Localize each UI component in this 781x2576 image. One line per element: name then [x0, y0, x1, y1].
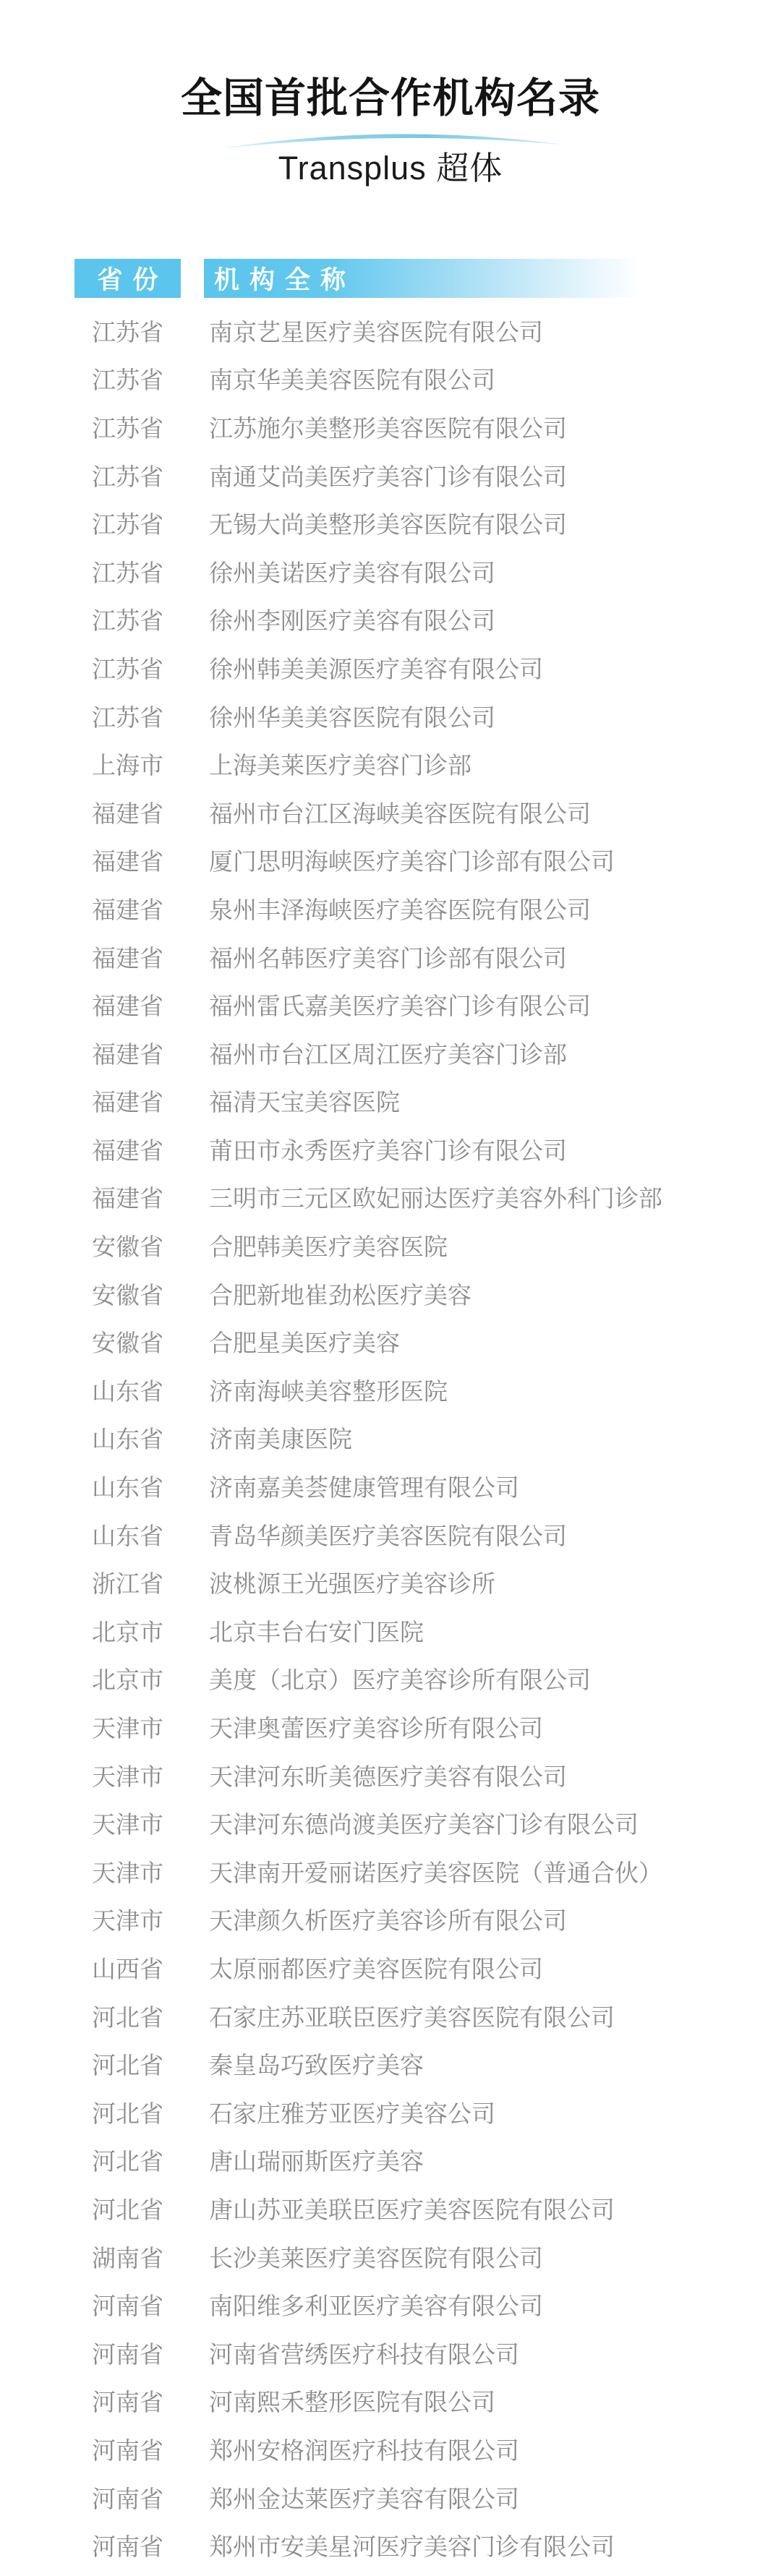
table-row: 北京市 美度（北京）医疗美容诊所有限公司 [0, 1655, 781, 1703]
institution-cell: 美度（北京）医疗美容诊所有限公司 [209, 1661, 781, 1695]
province-cell: 天津市 [74, 1854, 181, 1888]
institution-cell: 郑州市安美星河医疗美容门诊有限公司 [209, 2528, 781, 2562]
institution-cell: 郑州金达莱医疗美容有限公司 [209, 2481, 781, 2515]
province-cell: 福建省 [74, 843, 181, 877]
province-cell: 山东省 [74, 1469, 181, 1503]
table-row: 江苏省 南通艾尚美医疗美容门诊有限公司 [0, 451, 781, 500]
province-cell: 福建省 [74, 1084, 181, 1118]
province-cell: 河北省 [74, 2191, 181, 2225]
province-cell: 江苏省 [74, 314, 181, 348]
institution-cell: 无锡大尚美整形美容医院有限公司 [209, 506, 781, 540]
province-cell: 山西省 [74, 1951, 181, 1985]
province-cell: 北京市 [74, 1661, 181, 1695]
institution-cell: 济南美康医院 [209, 1421, 781, 1455]
province-cell: 江苏省 [74, 602, 181, 636]
institution-cell: 合肥星美医疗美容 [209, 1325, 781, 1358]
province-cell: 天津市 [74, 1710, 181, 1744]
table-row: 河北省 石家庄雅芳亚医疗美容公司 [0, 2088, 781, 2136]
institution-cell: 南京华美美容医院有限公司 [209, 361, 781, 395]
province-cell: 河南省 [74, 2528, 181, 2562]
province-cell: 天津市 [74, 1806, 181, 1840]
institution-cell: 郑州安格润医疗科技有限公司 [209, 2432, 781, 2466]
table-row: 河北省 石家庄苏亚联臣医疗美容医院有限公司 [0, 1992, 781, 2040]
table-row: 河北省 唐山瑞丽斯医疗美容 [0, 2136, 781, 2185]
province-cell: 浙江省 [74, 1565, 181, 1599]
province-cell: 江苏省 [74, 506, 181, 540]
province-cell: 江苏省 [74, 651, 181, 685]
province-cell: 河南省 [74, 2336, 181, 2370]
table-row: 福建省 厦门思明海峡医疗美容门诊部有限公司 [0, 836, 781, 885]
institution-cell: 合肥韩美医疗美容医院 [209, 1228, 781, 1262]
province-cell: 河北省 [74, 2095, 181, 2129]
table-row: 浙江省 波桃源王光强医疗美容诊所 [0, 1558, 781, 1606]
brand-name: Transplus 超体 [278, 150, 503, 187]
institution-cell: 徐州李刚医疗美容有限公司 [209, 602, 781, 636]
province-cell: 江苏省 [74, 361, 181, 395]
table-row: 福建省 泉州丰泽海峡医疗美容医院有限公司 [0, 884, 781, 933]
table-row: 山东省 济南嘉美荟健康管理有限公司 [0, 1462, 781, 1510]
table-row: 天津市 天津河东昕美德医疗美容有限公司 [0, 1751, 781, 1800]
table-row: 河南省 郑州金达莱医疗美容有限公司 [0, 2473, 781, 2522]
institution-cell: 徐州美诺医疗美容有限公司 [209, 555, 781, 589]
institution-cell: 泉州丰泽海峡医疗美容医院有限公司 [209, 891, 781, 925]
province-cell: 福建省 [74, 1036, 181, 1070]
institution-cell: 合肥新地崔劲松医疗美容 [209, 1277, 781, 1311]
table-row: 安徽省 合肥星美医疗美容 [0, 1317, 781, 1366]
institution-cell: 莆田市永秀医疗美容门诊有限公司 [209, 1132, 781, 1166]
institution-cell: 福州市台江区海峡美容医院有限公司 [209, 795, 781, 829]
province-cell: 上海市 [74, 747, 181, 781]
province-cell: 河北省 [74, 2047, 181, 2081]
table-row: 河北省 秦皇岛巧致医疗美容 [0, 2040, 781, 2088]
institution-cell: 济南海峡美容整形医院 [209, 1373, 781, 1407]
table-row: 江苏省 无锡大尚美整形美容医院有限公司 [0, 499, 781, 547]
institution-cell: 太原丽都医疗美容医院有限公司 [209, 1951, 781, 1985]
institution-cell: 唐山苏亚美联臣医疗美容医院有限公司 [209, 2191, 781, 2225]
table-row: 河南省 河南省营绣医疗科技有限公司 [0, 2329, 781, 2377]
institution-cell: 上海美莱医疗美容门诊部 [209, 747, 781, 781]
institution-cell: 石家庄雅芳亚医疗美容公司 [209, 2095, 781, 2129]
institution-cell: 天津河东昕美德医疗美容有限公司 [209, 1758, 781, 1792]
institution-cell: 福清天宝美容医院 [209, 1084, 781, 1118]
table-row: 福建省 福州市台江区海峡美容医院有限公司 [0, 788, 781, 836]
institution-cell: 天津奥蕾医疗美容诊所有限公司 [209, 1710, 781, 1744]
table-row: 福建省 福州名韩医疗美容门诊部有限公司 [0, 933, 781, 981]
table-row: 北京市 北京丰台右安门医院 [0, 1606, 781, 1655]
swoosh-arc-icon [217, 120, 564, 152]
table-header: 省份 机构全称 [0, 259, 781, 298]
province-cell: 福建省 [74, 795, 181, 829]
table-row: 山东省 济南海峡美容整形医院 [0, 1366, 781, 1414]
institution-cell: 北京丰台右安门医院 [209, 1614, 781, 1648]
institution-cell: 厦门思明海峡医疗美容门诊部有限公司 [209, 843, 781, 877]
province-cell: 山东省 [74, 1518, 181, 1552]
table-row: 天津市 天津南开爱丽诺医疗美容医院（普通合伙） [0, 1847, 781, 1896]
institution-cell: 河南省营绣医疗科技有限公司 [209, 2336, 781, 2370]
province-cell: 湖南省 [74, 2240, 181, 2274]
institution-cell: 长沙美莱医疗美容医院有限公司 [209, 2240, 781, 2274]
province-cell: 安徽省 [74, 1325, 181, 1358]
province-cell: 天津市 [74, 1758, 181, 1792]
brand-logo: Transplus 超体 [0, 120, 781, 187]
table-row: 福建省 福州雷氏嘉美医疗美容门诊有限公司 [0, 980, 781, 1029]
institution-cell: 济南嘉美荟健康管理有限公司 [209, 1469, 781, 1503]
province-cell: 河南省 [74, 2384, 181, 2418]
table-row: 山西省 太原丽都医疗美容医院有限公司 [0, 1943, 781, 1992]
table-row: 上海市 上海美莱医疗美容门诊部 [0, 740, 781, 788]
table-row: 河南省 河南熙禾整形医院有限公司 [0, 2377, 781, 2426]
province-cell: 河南省 [74, 2288, 181, 2322]
directory-page: 全国首批合作机构名录 Transplus 超体 省份 机构全称 江苏省 南京艺星… [0, 0, 781, 2576]
province-cell: 江苏省 [74, 458, 181, 492]
table-row: 天津市 天津颜久析医疗美容诊所有限公司 [0, 1896, 781, 1944]
institution-cell: 南阳维多利亚医疗美容有限公司 [209, 2288, 781, 2322]
page-title: 全国首批合作机构名录 [0, 72, 781, 124]
column-header-institution: 机构全称 [204, 259, 658, 298]
table-row: 湖南省 长沙美莱医疗美容医院有限公司 [0, 2233, 781, 2281]
institution-cell: 天津颜久析医疗美容诊所有限公司 [209, 1902, 781, 1936]
institution-cell: 天津南开爱丽诺医疗美容医院（普通合伙） [209, 1854, 781, 1888]
table-row: 江苏省 徐州韩美美源医疗美容有限公司 [0, 643, 781, 692]
province-cell: 安徽省 [74, 1277, 181, 1311]
institution-cell: 青岛华颜美医疗美容医院有限公司 [209, 1518, 781, 1552]
table-row: 河南省 郑州安格润医疗科技有限公司 [0, 2425, 781, 2473]
province-cell: 安徽省 [74, 1228, 181, 1262]
institution-cell: 江苏施尔美整形美容医院有限公司 [209, 410, 781, 444]
institution-cell: 南通艾尚美医疗美容门诊有限公司 [209, 458, 781, 492]
table-row: 江苏省 徐州华美美容医院有限公司 [0, 692, 781, 740]
table-row: 江苏省 江苏施尔美整形美容医院有限公司 [0, 403, 781, 451]
institution-cell: 福州雷氏嘉美医疗美容门诊有限公司 [209, 988, 781, 1022]
province-cell: 福建省 [74, 988, 181, 1022]
province-cell: 山东省 [74, 1421, 181, 1455]
table-row: 福建省 福清天宝美容医院 [0, 1077, 781, 1126]
province-cell: 江苏省 [74, 555, 181, 589]
province-cell: 山东省 [74, 1373, 181, 1407]
table-row: 安徽省 合肥韩美医疗美容医院 [0, 1221, 781, 1270]
table-row: 天津市 天津河东德尚渡美医疗美容门诊有限公司 [0, 1799, 781, 1847]
table-row: 福建省 三明市三元区欧妃丽达医疗美容外科门诊部 [0, 1173, 781, 1222]
province-cell: 江苏省 [74, 699, 181, 733]
province-cell: 北京市 [74, 1614, 181, 1648]
table-row: 河南省 郑州市安美星河医疗美容门诊有限公司 [0, 2521, 781, 2569]
table-row: 江苏省 徐州李刚医疗美容有限公司 [0, 596, 781, 644]
institution-cell: 唐山瑞丽斯医疗美容 [209, 2143, 781, 2177]
province-cell: 河南省 [74, 2432, 181, 2466]
institution-cell: 南京艺星医疗美容医院有限公司 [209, 314, 781, 348]
province-cell: 河北省 [74, 2143, 181, 2177]
province-cell: 福建省 [74, 940, 181, 974]
table-row: 天津市 天津奥蕾医疗美容诊所有限公司 [0, 1703, 781, 1751]
institution-cell: 天津河东德尚渡美医疗美容门诊有限公司 [209, 1806, 781, 1840]
province-cell: 江苏省 [74, 410, 181, 444]
table-row: 河北省 唐山苏亚美联臣医疗美容医院有限公司 [0, 2184, 781, 2233]
table-row: 福建省 福州市台江区周江医疗美容门诊部 [0, 1029, 781, 1077]
table-row: 河南省 南阳维多利亚医疗美容有限公司 [0, 2280, 781, 2329]
institution-cell: 波桃源王光强医疗美容诊所 [209, 1565, 781, 1599]
province-cell: 河北省 [74, 1999, 181, 2033]
institution-cell: 徐州华美美容医院有限公司 [209, 699, 781, 733]
province-cell: 河南省 [74, 2481, 181, 2515]
table-row: 山东省 青岛华颜美医疗美容医院有限公司 [0, 1510, 781, 1559]
table-body: 江苏省 南京艺星医疗美容医院有限公司 江苏省 南京华美美容医院有限公司 江苏省 … [0, 307, 781, 2569]
province-cell: 福建省 [74, 891, 181, 925]
province-cell: 天津市 [74, 1902, 181, 1936]
table-row: 山东省 济南美康医院 [0, 1414, 781, 1463]
table-row: 福建省 莆田市永秀医疗美容门诊有限公司 [0, 1125, 781, 1173]
institution-cell: 河南熙禾整形医院有限公司 [209, 2384, 781, 2418]
column-header-province: 省份 [74, 259, 181, 298]
table-row: 江苏省 南京华美美容医院有限公司 [0, 355, 781, 403]
province-cell: 福建省 [74, 1132, 181, 1166]
institution-cell: 石家庄苏亚联臣医疗美容医院有限公司 [209, 1999, 781, 2033]
institution-cell: 徐州韩美美源医疗美容有限公司 [209, 651, 781, 685]
table-row: 江苏省 南京艺星医疗美容医院有限公司 [0, 307, 781, 355]
institution-cell: 福州市台江区周江医疗美容门诊部 [209, 1036, 781, 1070]
table-row: 江苏省 徐州美诺医疗美容有限公司 [0, 547, 781, 596]
table-row: 安徽省 合肥新地崔劲松医疗美容 [0, 1270, 781, 1318]
institution-cell: 三明市三元区欧妃丽达医疗美容外科门诊部 [209, 1180, 781, 1214]
institution-cell: 秦皇岛巧致医疗美容 [209, 2047, 781, 2081]
province-cell: 福建省 [74, 1180, 181, 1214]
institution-cell: 福州名韩医疗美容门诊部有限公司 [209, 940, 781, 974]
